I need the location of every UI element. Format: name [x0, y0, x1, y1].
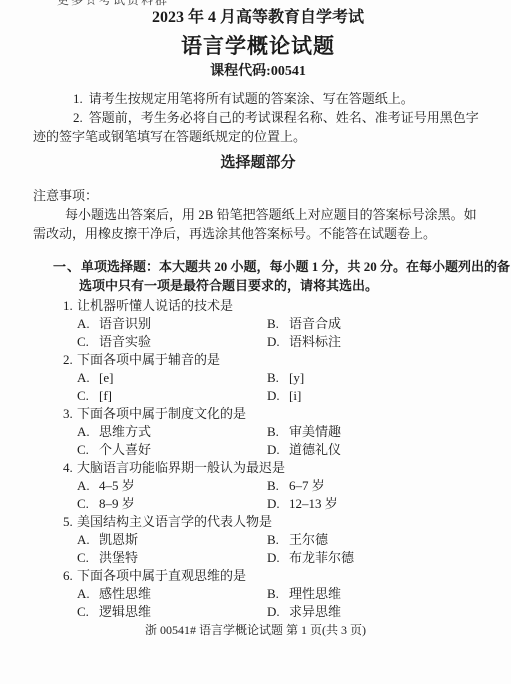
question-item: 2. 下面各项中属于辅音的是 A.[e] B.[y] C.[f] D.[i]: [33, 351, 483, 405]
option-b: B.6–7 岁: [267, 477, 483, 495]
paper-header: 2023 年 4 月高等教育自学考试 语言学概论试题 课程代码:00541: [33, 0, 483, 81]
question-options: A.感性思维 B.理性思维 C.逻辑思维 D.求异思维: [77, 585, 483, 621]
question-stem: 下面各项中属于制度文化的是: [77, 405, 483, 423]
option-a: A.思维方式: [77, 423, 267, 441]
option-c: C.洪堡特: [77, 549, 267, 567]
notes-text: 每小题选出答案后，用 2B 铅笔把答题纸上对应题目的答案标号涂黑。如需改动，用橡…: [33, 205, 483, 243]
option-c: C.语音实验: [77, 333, 267, 351]
option-label: A.: [77, 477, 99, 495]
option-text: 求异思维: [289, 603, 341, 621]
page-footer: 浙 00541# 语言学概论试题 第 1 页(共 3 页): [0, 621, 511, 638]
instruction-number: 2.: [73, 110, 83, 125]
option-label: B.: [267, 585, 289, 603]
option-text: 4–5 岁: [99, 477, 135, 495]
option-a: A.凯恩斯: [77, 531, 267, 549]
question-stem-row: 1. 让机器听懂人说话的技术是: [63, 297, 483, 315]
option-text: 王尔德: [289, 531, 328, 549]
option-label: C.: [77, 549, 99, 567]
question-item: 5. 美国结构主义语言学的代表人物是 A.凯恩斯 B.王尔德 C.洪堡特 D.布…: [33, 513, 483, 567]
option-label: A.: [77, 423, 99, 441]
option-label: B.: [267, 477, 289, 495]
option-label: A.: [77, 585, 99, 603]
question-number: 2.: [63, 351, 77, 369]
question-list: 1. 让机器听懂人说话的技术是 A.语音识别 B.语音合成 C.语音实验 D.语…: [33, 297, 483, 621]
section-one-heading: 一、单项选择题：本大题共 20 小题，每小题 1 分，共 20 分。在每小题列出…: [53, 257, 511, 295]
notes-label: 注意事项：: [33, 186, 483, 205]
instruction-text: 答题前，考生务必将自己的考试课程名称、姓名、准考证号用黑色字迹的签字笔或钢笔填写…: [33, 110, 479, 144]
option-label: B.: [267, 315, 289, 333]
question-stem: 下面各项中属于直观思维的是: [77, 567, 483, 585]
question-item: 3. 下面各项中属于制度文化的是 A.思维方式 B.审美情趣 C.个人喜好 D.…: [33, 405, 483, 459]
question-stem: 下面各项中属于辅音的是: [77, 351, 483, 369]
general-instructions: 1.请考生按规定用笔将所有试题的答案涂、写在答题纸上。 2.答题前，考生务必将自…: [33, 89, 483, 146]
option-text: 审美情趣: [289, 423, 341, 441]
section-one-text: 单项选择题：本大题共 20 小题，每小题 1 分，共 20 分。在每小题列出的备…: [79, 259, 510, 293]
cropped-top-note-text: 更多☆考试资料群: [57, 0, 207, 7]
option-text: 感性思维: [99, 585, 151, 603]
option-text: [y]: [289, 369, 304, 387]
question-stem-row: 4. 大脑语言功能临界期一般认为最迟是: [63, 459, 483, 477]
question-stem: 美国结构主义语言学的代表人物是: [77, 513, 483, 531]
question-item: 1. 让机器听懂人说话的技术是 A.语音识别 B.语音合成 C.语音实验 D.语…: [33, 297, 483, 351]
question-stem-row: 5. 美国结构主义语言学的代表人物是: [63, 513, 483, 531]
option-label: D.: [267, 549, 289, 567]
option-b: B.语音合成: [267, 315, 483, 333]
question-number: 4.: [63, 459, 77, 477]
option-label: A.: [77, 315, 99, 333]
question-number: 6.: [63, 567, 77, 585]
question-options: A.[e] B.[y] C.[f] D.[i]: [77, 369, 483, 405]
option-label: D.: [267, 333, 289, 351]
question-stem: 让机器听懂人说话的技术是: [77, 297, 483, 315]
option-text: 凯恩斯: [99, 531, 138, 549]
option-label: C.: [77, 603, 99, 621]
option-text: 8–9 岁: [99, 495, 135, 513]
option-label: C.: [77, 441, 99, 459]
option-label: A.: [77, 369, 99, 387]
option-text: [f]: [99, 387, 112, 405]
option-c: C.个人喜好: [77, 441, 267, 459]
option-a: A.感性思维: [77, 585, 267, 603]
option-a: A.[e]: [77, 369, 267, 387]
part-title: 选择题部分: [33, 154, 483, 173]
option-label: B.: [267, 423, 289, 441]
instruction-text: 请考生按规定用笔将所有试题的答案涂、写在答题纸上。: [89, 91, 414, 106]
option-b: B.审美情趣: [267, 423, 483, 441]
option-d: D.语料标注: [267, 333, 483, 351]
option-text: 理性思维: [289, 585, 341, 603]
question-item: 4. 大脑语言功能临界期一般认为最迟是 A.4–5 岁 B.6–7 岁 C.8–…: [33, 459, 483, 513]
instruction-item: 1.请考生按规定用笔将所有试题的答案涂、写在答题纸上。: [33, 89, 483, 108]
option-label: D.: [267, 603, 289, 621]
option-d: D.道德礼仪: [267, 441, 483, 459]
question-stem-row: 6. 下面各项中属于直观思维的是: [63, 567, 483, 585]
instruction-number: 1.: [73, 91, 83, 106]
option-label: C.: [77, 387, 99, 405]
option-label: D.: [267, 387, 289, 405]
option-d: D.布龙菲尔德: [267, 549, 483, 567]
option-label: C.: [77, 495, 99, 513]
option-b: B.王尔德: [267, 531, 483, 549]
option-text: 语音实验: [99, 333, 151, 351]
notes-section: 注意事项： 每小题选出答案后，用 2B 铅笔把答题纸上对应题目的答案标号涂黑。如…: [33, 186, 483, 243]
option-text: 语音识别: [99, 315, 151, 333]
question-number: 1.: [63, 297, 77, 315]
section-one-label: 一、: [53, 259, 81, 274]
cropped-top-note: 更多☆考试资料群: [57, 0, 207, 7]
exam-session-title: 2023 年 4 月高等教育自学考试: [33, 8, 483, 28]
exam-paper-page: 更多☆考试资料群 2023 年 4 月高等教育自学考试 语言学概论试题 课程代码…: [0, 0, 511, 684]
instruction-item: 2.答题前，考生务必将自己的考试课程名称、姓名、准考证号用黑色字迹的签字笔或钢笔…: [33, 108, 483, 146]
question-options: A.4–5 岁 B.6–7 岁 C.8–9 岁 D.12–13 岁: [77, 477, 483, 513]
course-code: 课程代码:00541: [33, 63, 483, 81]
option-label: C.: [77, 333, 99, 351]
question-number: 3.: [63, 405, 77, 423]
option-text: 思维方式: [99, 423, 151, 441]
question-options: A.凯恩斯 B.王尔德 C.洪堡特 D.布龙菲尔德: [77, 531, 483, 567]
option-a: A.4–5 岁: [77, 477, 267, 495]
option-label: B.: [267, 531, 289, 549]
question-stem-row: 2. 下面各项中属于辅音的是: [63, 351, 483, 369]
option-text: [i]: [289, 387, 301, 405]
question-stem-row: 3. 下面各项中属于制度文化的是: [63, 405, 483, 423]
question-item: 6. 下面各项中属于直观思维的是 A.感性思维 B.理性思维 C.逻辑思维 D.…: [33, 567, 483, 621]
option-c: C.逻辑思维: [77, 603, 267, 621]
option-b: B.[y]: [267, 369, 483, 387]
option-b: B.理性思维: [267, 585, 483, 603]
option-text: 洪堡特: [99, 549, 138, 567]
option-label: D.: [267, 495, 289, 513]
option-label: B.: [267, 369, 289, 387]
paper-title: 语言学概论试题: [33, 32, 483, 60]
option-text: 布龙菲尔德: [289, 549, 354, 567]
question-stem: 大脑语言功能临界期一般认为最迟是: [77, 459, 483, 477]
option-c: C.[f]: [77, 387, 267, 405]
option-d: D.求异思维: [267, 603, 483, 621]
option-text: 个人喜好: [99, 441, 151, 459]
option-a: A.语音识别: [77, 315, 267, 333]
option-text: 12–13 岁: [289, 495, 338, 513]
option-label: A.: [77, 531, 99, 549]
question-options: A.语音识别 B.语音合成 C.语音实验 D.语料标注: [77, 315, 483, 351]
option-label: D.: [267, 441, 289, 459]
option-text: 逻辑思维: [99, 603, 151, 621]
question-options: A.思维方式 B.审美情趣 C.个人喜好 D.道德礼仪: [77, 423, 483, 459]
option-c: C.8–9 岁: [77, 495, 267, 513]
option-d: D.12–13 岁: [267, 495, 483, 513]
option-text: 6–7 岁: [289, 477, 325, 495]
option-d: D.[i]: [267, 387, 483, 405]
option-text: 语音合成: [289, 315, 341, 333]
question-number: 5.: [63, 513, 77, 531]
option-text: 道德礼仪: [289, 441, 341, 459]
option-text: [e]: [99, 369, 113, 387]
option-text: 语料标注: [289, 333, 341, 351]
